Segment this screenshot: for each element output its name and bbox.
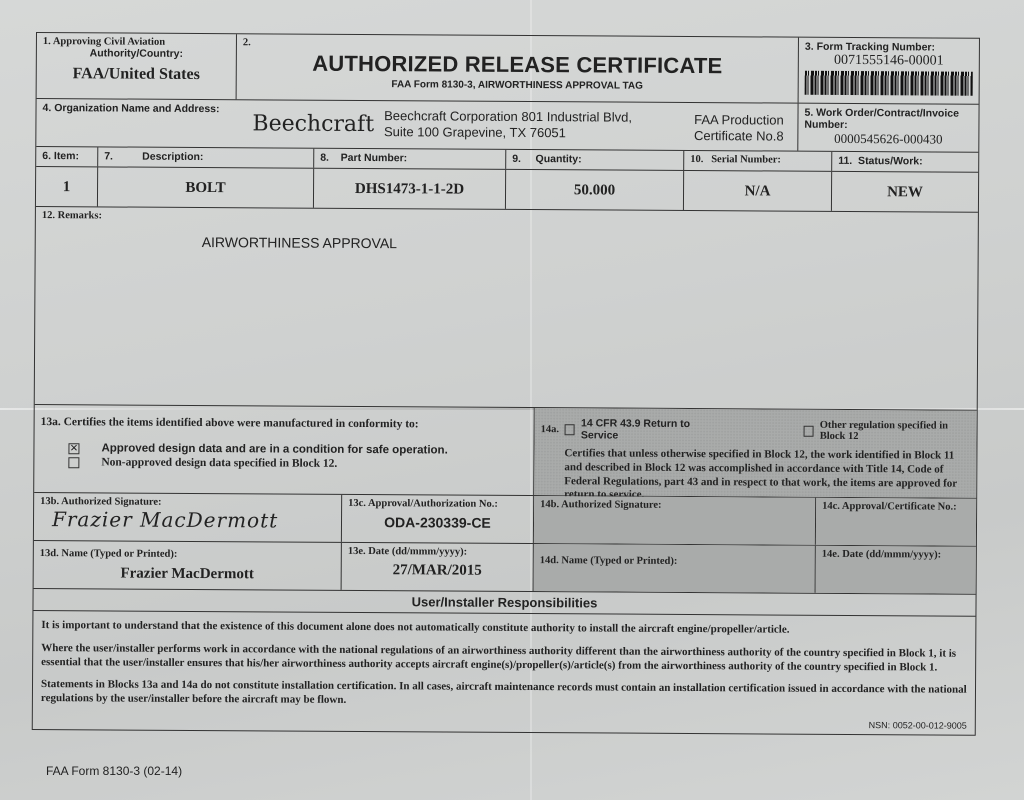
option-label: Approved design data and are in a condit… — [101, 442, 447, 456]
block-13d: 13d. Name (Typed or Printed): Frazier Ma… — [34, 541, 342, 590]
block-1-label: 1. Approving Civil Aviation — [43, 36, 230, 48]
checkbox-empty-icon — [565, 424, 575, 435]
authorized-release-certificate-form: 1. Approving Civil Aviation Authority/Co… — [32, 32, 980, 736]
block-2-label: 2. — [243, 37, 792, 51]
item-description: BOLT — [104, 179, 307, 197]
table-row: 1 BOLT DHS1473-1-1-2D 50.000 N/A NEW — [36, 167, 978, 213]
block-13c-label: 13c. Approval/Authorization No.: — [348, 498, 527, 510]
block-14b-label: 14b. Authorized Signature: — [540, 499, 809, 512]
checkbox-empty-icon — [804, 425, 814, 436]
block-14e-label: 14e. Date (dd/mmm/yyyy): — [822, 549, 970, 561]
status-work: NEW — [838, 184, 972, 202]
responsibility-paragraph: Where the user/installer performs work i… — [41, 642, 967, 675]
organization-address: Beechcraft Corporation 801 Industrial Bl… — [384, 108, 684, 142]
responsibilities-body: It is important to understand that the e… — [33, 611, 976, 735]
form-subtitle: FAA Form 8130-3, AIRWORTHINESS APPROVAL … — [243, 78, 792, 92]
tracking-number: 0071555146-00001 — [805, 53, 973, 70]
signature-row: 13b. Authorized Signature: Frazier MacDe… — [34, 493, 976, 547]
block-5-label: 5. Work Order/Contract/Invoice Number: — [804, 107, 972, 132]
checkbox-empty-icon — [68, 457, 79, 468]
block-4-organization: 4. Organization Name and Address: Beechc… — [36, 99, 798, 151]
quantity: 50.000 — [512, 182, 677, 200]
block-3-tracking: 3. Form Tracking Number: 0071555146-0000… — [799, 38, 979, 104]
name-row: 13d. Name (Typed or Printed): Frazier Ma… — [34, 541, 976, 595]
header-part-number: 8. Part Number: — [314, 149, 506, 169]
header-row: 1. Approving Civil Aviation Authority/Co… — [37, 33, 979, 105]
remarks-value: AIRWORTHINESS APPROVAL — [202, 234, 972, 255]
authority-value: FAA/United States — [43, 65, 230, 84]
block-13a: 13a. Certifies the items identified abov… — [34, 405, 535, 495]
item-number: 1 — [42, 179, 91, 196]
address-line-2: Suite 100 Grapevine, TX 76051 — [384, 124, 684, 142]
handwritten-signature: Frazier MacDermott — [52, 507, 335, 533]
address-line-1: Beechcraft Corporation 801 Industrial Bl… — [384, 108, 684, 126]
authorization-number: ODA-230339-CE — [348, 514, 527, 531]
approval-date: 27/MAR/2015 — [348, 562, 527, 580]
block-3-label: 3. Form Tracking Number: — [805, 41, 973, 54]
block-13d-label: 13d. Name (Typed or Printed): — [40, 548, 335, 561]
block-1-authority: 1. Approving Civil Aviation Authority/Co… — [37, 33, 237, 99]
form-version-footer: FAA Form 8130-3 (02-14) — [46, 764, 182, 778]
block-2-title: 2. AUTHORIZED RELEASE CERTIFICATE FAA Fo… — [237, 34, 799, 102]
return-to-service-option: 14 CFR 43.9 Return to Service — [581, 417, 714, 442]
remarks-label: 12. Remarks: — [42, 210, 972, 227]
responsibility-paragraph: It is important to understand that the e… — [41, 619, 967, 638]
option-label: Non-approved design data specified in Bl… — [101, 456, 337, 469]
printed-name: Frazier MacDermott — [40, 565, 335, 584]
organization-row: 4. Organization Name and Address: Beechc… — [36, 99, 978, 153]
block-14c: 14c. Approval/Certificate No.: — [816, 498, 976, 546]
block-14d-label: 14d. Name (Typed or Printed): — [540, 555, 809, 568]
block-4-label: 4. Organization Name and Address: — [42, 102, 252, 115]
option-approved-design: ✕ Approved design data and are in a cond… — [68, 442, 527, 457]
block-14b: 14b. Authorized Signature: — [534, 496, 816, 545]
block-13a-label: 13a. Certifies the items identified abov… — [41, 416, 528, 431]
block-13e-label: 13e. Date (dd/mmm/yyyy): — [348, 546, 527, 558]
barcode-icon — [805, 71, 973, 96]
serial-number: N/A — [690, 183, 825, 201]
block-14c-label: 14c. Approval/Certificate No.: — [822, 501, 970, 513]
cert-line-1: FAA Production — [694, 112, 784, 129]
block-13c: 13c. Approval/Authorization No.: ODA-230… — [342, 495, 534, 543]
block-5-work-order: 5. Work Order/Contract/Invoice Number: 0… — [798, 104, 978, 152]
page-title: AUTHORIZED RELEASE CERTIFICATE — [243, 50, 792, 79]
cert-line-2: Certificate No.8 — [694, 128, 784, 145]
block-12-remarks: 12. Remarks: AIRWORTHINESS APPROVAL — [35, 207, 978, 411]
other-regulation-option: Other regulation specified in Block 12 — [820, 420, 971, 443]
header-item: 6. Item: — [36, 147, 98, 166]
header-quantity: 9. Quantity: — [506, 150, 684, 170]
work-order-number: 0000545626-000430 — [804, 131, 972, 148]
block-14d: 14d. Name (Typed or Printed): — [534, 544, 816, 593]
beechcraft-logo: Beechcraft — [252, 111, 374, 137]
block-14a-label: 14a. — [541, 424, 559, 435]
checkbox-checked-icon: ✕ — [68, 443, 79, 454]
header-status-work: 11. Status/Work: — [832, 152, 978, 172]
production-certificate: FAA Production Certificate No.8 — [694, 112, 784, 145]
block-1-label-2: Authority/Country: — [43, 47, 230, 60]
certification-row: 13a. Certifies the items identified abov… — [34, 405, 977, 499]
header-serial-number: 10. Serial Number: — [684, 151, 832, 171]
nsn-number: NSN: 0052-00-012-9005 — [869, 720, 967, 731]
part-number: DHS1473-1-1-2D — [320, 181, 499, 199]
block-13e: 13e. Date (dd/mmm/yyyy): 27/MAR/2015 — [342, 543, 534, 591]
header-description: 7. Description: — [98, 147, 314, 167]
responsibility-paragraph: Statements in Blocks 13a and 14a do not … — [41, 678, 967, 711]
option-non-approved-design: Non-approved design data specified in Bl… — [68, 456, 527, 471]
block-14a: 14a. 14 CFR 43.9 Return to Service Other… — [534, 408, 977, 498]
block-13b: 13b. Authorized Signature: Frazier MacDe… — [34, 493, 342, 542]
block-14e: 14e. Date (dd/mmm/yyyy): — [816, 546, 976, 594]
